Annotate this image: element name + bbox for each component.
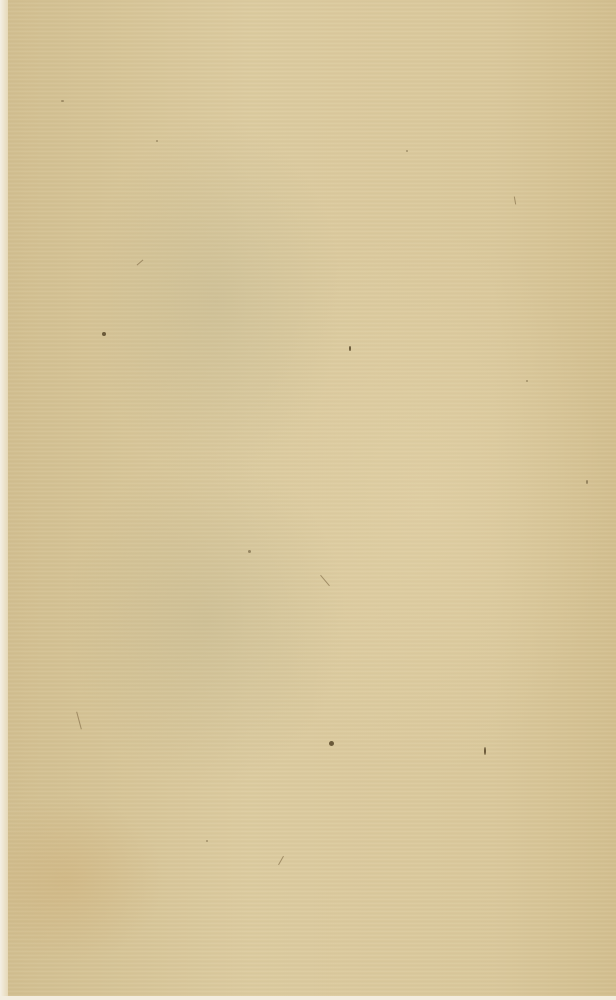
ink-speck (586, 480, 588, 484)
ink-speck (329, 741, 334, 746)
ink-speck (61, 100, 64, 102)
ink-speck (206, 840, 208, 842)
ink-speck (102, 332, 106, 336)
paper-fiber (76, 712, 82, 730)
ink-speck (484, 747, 486, 755)
paper-fiber (278, 856, 284, 865)
page-edge-left (0, 0, 8, 1000)
ink-speck (526, 380, 528, 382)
ink-speck (156, 140, 158, 142)
blank-paper-page (6, 0, 616, 996)
paper-fiber (514, 196, 516, 204)
paper-fiber (320, 575, 330, 586)
ink-speck (349, 346, 351, 351)
ink-speck (248, 550, 251, 553)
ink-speck (406, 150, 408, 152)
paper-fiber (137, 260, 144, 266)
page-edge-bottom (0, 996, 616, 1000)
